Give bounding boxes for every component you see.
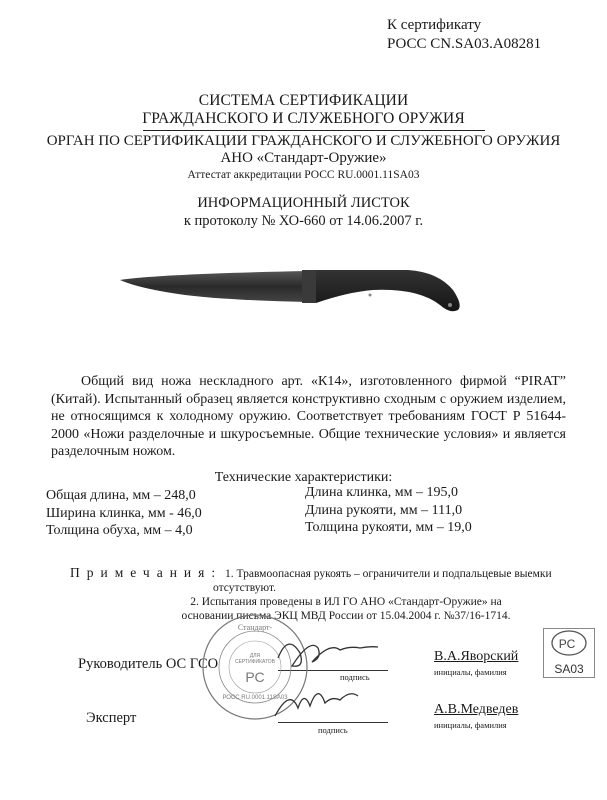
svg-text:РС: РС <box>559 637 576 651</box>
note-1-continued: отсутствуют. <box>70 581 582 595</box>
note-2: 2. Испытания проведены в ИЛ ГО АНО «Стан… <box>70 595 582 609</box>
spec-item: Толщина рукояти, мм – 19,0 <box>305 519 472 537</box>
specs-right-column: Длина клинка, мм – 195,0 Длина рукояти, … <box>305 484 472 537</box>
knife-photo-icon <box>118 250 478 325</box>
spec-item: Толщина обуха, мм – 4,0 <box>46 522 202 540</box>
system-title-line2: ГРАЖДАНСКОГО И СЛУЖЕБНОГО ОРУЖИЯ <box>0 110 607 128</box>
handwritten-signature-icon <box>270 628 380 728</box>
rst-mark-icon: РС <box>549 629 589 657</box>
note-1: 1. Травмоопасная рукоять – ограничители … <box>225 568 552 580</box>
svg-text:Стандарт-: Стандарт- <box>238 623 273 632</box>
signatory-role-expert: Эксперт <box>86 710 136 727</box>
cert-ref-line1: К сертификату <box>387 16 541 35</box>
protocol-reference: к протоколу № ХО-660 от 14.06.2007 г. <box>0 212 607 230</box>
org-name: АНО «Стандарт-Оружие» <box>0 150 607 167</box>
svg-text:РС: РС <box>245 669 264 685</box>
system-title: СИСТЕМА СЕРТИФИКАЦИИ ГРАЖДАНСКОГО И СЛУЖ… <box>0 92 607 128</box>
signatory-name-expert: А.В.Медведев <box>434 702 518 718</box>
signatory-role-head: Руководитель ОС ГСО <box>78 656 218 673</box>
cert-ref-number: РОСС CN.SA03.A08281 <box>387 35 541 54</box>
specs-title: Технические характеристики: <box>0 470 607 486</box>
name-caption: инициалы, фамилия <box>434 720 507 730</box>
spec-item: Общая длина, мм – 248,0 <box>46 487 202 505</box>
spec-item: Длина рукояти, мм – 111,0 <box>305 502 472 520</box>
info-sheet-title: ИНФОРМАЦИОННЫЙ ЛИСТОК к протоколу № ХО-6… <box>0 194 607 230</box>
info-sheet-heading: ИНФОРМАЦИОННЫЙ ЛИСТОК <box>0 194 607 212</box>
notes-block: Примечания: 1. Травмоопасная рукоять – о… <box>70 566 582 623</box>
header-divider <box>143 130 485 131</box>
gost-mark-code: SA03 <box>544 662 594 676</box>
description-paragraph: Общий вид ножа нескладного арт. «К14», и… <box>51 373 566 461</box>
gost-mark-badge: РС SA03 <box>543 628 595 678</box>
notes-label: Примечания: <box>70 565 222 580</box>
system-title-line1: СИСТЕМА СЕРТИФИКАЦИИ <box>0 92 607 110</box>
signatory-name-head: В.А.Яворский <box>434 649 518 665</box>
spec-item: Ширина клинка, мм - 46,0 <box>46 505 202 523</box>
organ-name: ОРГАН ПО СЕРТИФИКАЦИИ ГРАЖДАНСКОГО И СЛУ… <box>0 133 607 150</box>
specs-left-column: Общая длина, мм – 248,0 Ширина клинка, м… <box>46 487 202 540</box>
accreditation: Аттестат аккредитации РОСС RU.0001.11SA0… <box>0 167 607 184</box>
spec-item: Длина клинка, мм – 195,0 <box>305 484 472 502</box>
note-2-continued: основании письма ЭКЦ МВД России от 15.04… <box>70 609 582 623</box>
certificate-reference: К сертификату РОСС CN.SA03.A08281 <box>387 16 541 54</box>
name-caption: инициалы, фамилия <box>434 667 507 677</box>
organization-block: ОРГАН ПО СЕРТИФИКАЦИИ ГРАЖДАНСКОГО И СЛУ… <box>0 133 607 184</box>
